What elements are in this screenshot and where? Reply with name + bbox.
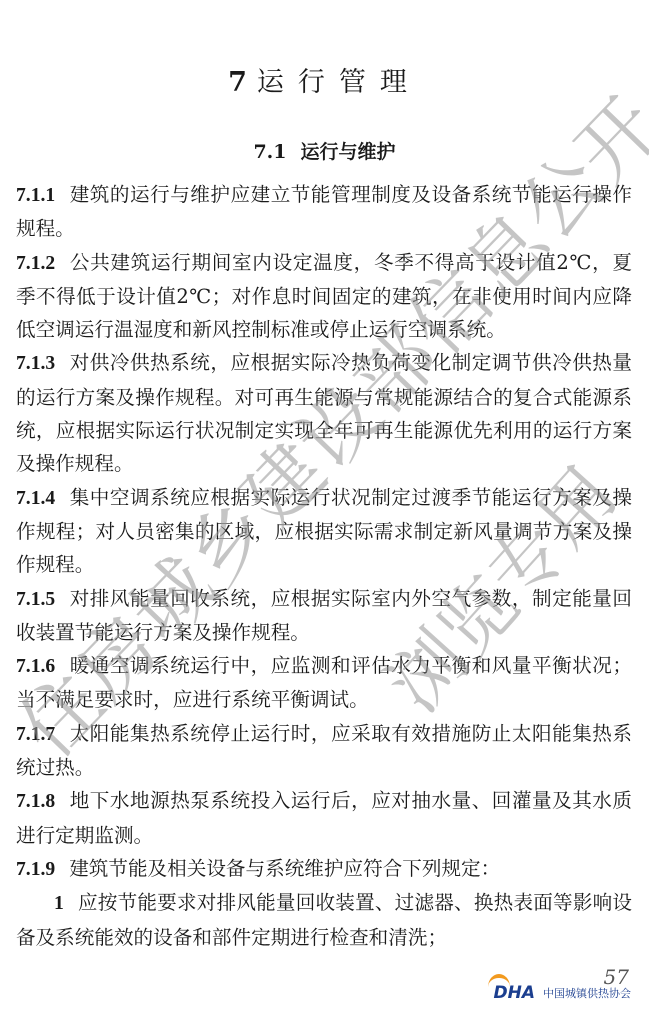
clause-7-1-2: 7.1.2公共建筑运行期间室内设定温度，冬季不得高于设计值2℃，夏季不得低于设计… [16, 246, 632, 347]
publisher-name: 中国城镇供热协会 [543, 985, 631, 1001]
clause-number: 7.1.7 [16, 724, 55, 745]
clause-number: 7.1.4 [16, 488, 55, 509]
clause-7-1-4: 7.1.4集中空调系统应根据实际运行状况制定过渡季节能运行方案及操作规程；对人员… [16, 481, 632, 582]
clause-number: 7.1.8 [16, 791, 55, 812]
clause-7-1-7: 7.1.7太阳能集热系统停止运行时，应采取有效措施防止太阳能集热系统过热。 [16, 717, 632, 785]
chapter-title: 7运行管理 [0, 60, 649, 99]
dha-logo-icon: DHA [494, 983, 536, 1003]
chapter-title-text: 运行管理 [257, 67, 421, 98]
clause-number: 7.1.1 [16, 185, 55, 206]
list-item-1: 1应按节能要求对排风能量回收装置、过滤器、换热表面等影响设备及系统能效的设备和部… [16, 886, 632, 954]
clause-text: 建筑的运行与维护应建立节能管理制度及设备系统节能运行操作规程。 [16, 183, 632, 240]
clause-7-1-9: 7.1.9建筑节能及相关设备与系统维护应符合下列规定： [16, 852, 632, 886]
section-title: 7.1运行与维护 [0, 137, 649, 164]
clause-number: 7.1.5 [16, 589, 55, 610]
clause-7-1-6: 7.1.6暖通空调系统运行中，应监测和评估水力平衡和风量平衡状况；当不满足要求时… [16, 649, 632, 717]
footer: DHA 中国城镇供热协会 [494, 978, 632, 1008]
clause-number: 7.1.6 [16, 656, 55, 677]
clause-text: 太阳能集热系统停止运行时，应采取有效措施防止太阳能集热系统过热。 [16, 722, 632, 779]
clause-number: 7.1.2 [16, 253, 55, 274]
document-body: 7.1.1建筑的运行与维护应建立节能管理制度及设备系统节能运行操作规程。 7.1… [16, 178, 632, 954]
clause-text: 地下水地源热泵系统投入运行后，应对抽水量、回灌量及其水质进行定期监测。 [16, 789, 632, 846]
clause-7-1-5: 7.1.5对排风能量回收系统，应根据实际室内外空气参数，制定能量回收装置节能运行… [16, 582, 632, 650]
publisher-logo: DHA 中国城镇供热协会 [494, 983, 632, 1003]
clause-text: 暖通空调系统运行中，应监测和评估水力平衡和风量平衡状况；当不满足要求时，应进行系… [16, 654, 632, 711]
clause-number: 7.1.3 [16, 353, 55, 374]
chapter-number: 7 [228, 67, 247, 98]
item-number: 1 [54, 893, 64, 914]
clause-number: 7.1.9 [16, 859, 55, 880]
clause-7-1-1: 7.1.1建筑的运行与维护应建立节能管理制度及设备系统节能运行操作规程。 [16, 178, 632, 246]
clause-text: 集中空调系统应根据实际运行状况制定过渡季节能运行方案及操作规程；对人员密集的区域… [16, 486, 632, 577]
section-number: 7.1 [253, 141, 286, 163]
clause-text: 对排风能量回收系统，应根据实际室内外空气参数，制定能量回收装置节能运行方案及操作… [16, 587, 632, 644]
document-page: 7运行管理 7.1运行与维护 7.1.1建筑的运行与维护应建立节能管理制度及设备… [0, 0, 649, 1020]
clause-7-1-3: 7.1.3对供冷供热系统，应根据实际冷热负荷变化制定调节供冷供热量的运行方案及操… [16, 346, 632, 480]
clause-7-1-8: 7.1.8地下水地源热泵系统投入运行后，应对抽水量、回灌量及其水质进行定期监测。 [16, 784, 632, 852]
clause-text: 对供冷供热系统，应根据实际冷热负荷变化制定调节供冷供热量的运行方案及操作规程。对… [16, 351, 632, 475]
section-title-text: 运行与维护 [301, 141, 396, 163]
clause-text: 建筑节能及相关设备与系统维护应符合下列规定： [69, 857, 500, 880]
item-text: 应按节能要求对排风能量回收装置、过滤器、换热表面等影响设备及系统能效的设备和部件… [16, 891, 632, 948]
clause-text: 公共建筑运行期间室内设定温度，冬季不得高于设计值2℃，夏季不得低于设计值2℃；对… [16, 251, 632, 342]
